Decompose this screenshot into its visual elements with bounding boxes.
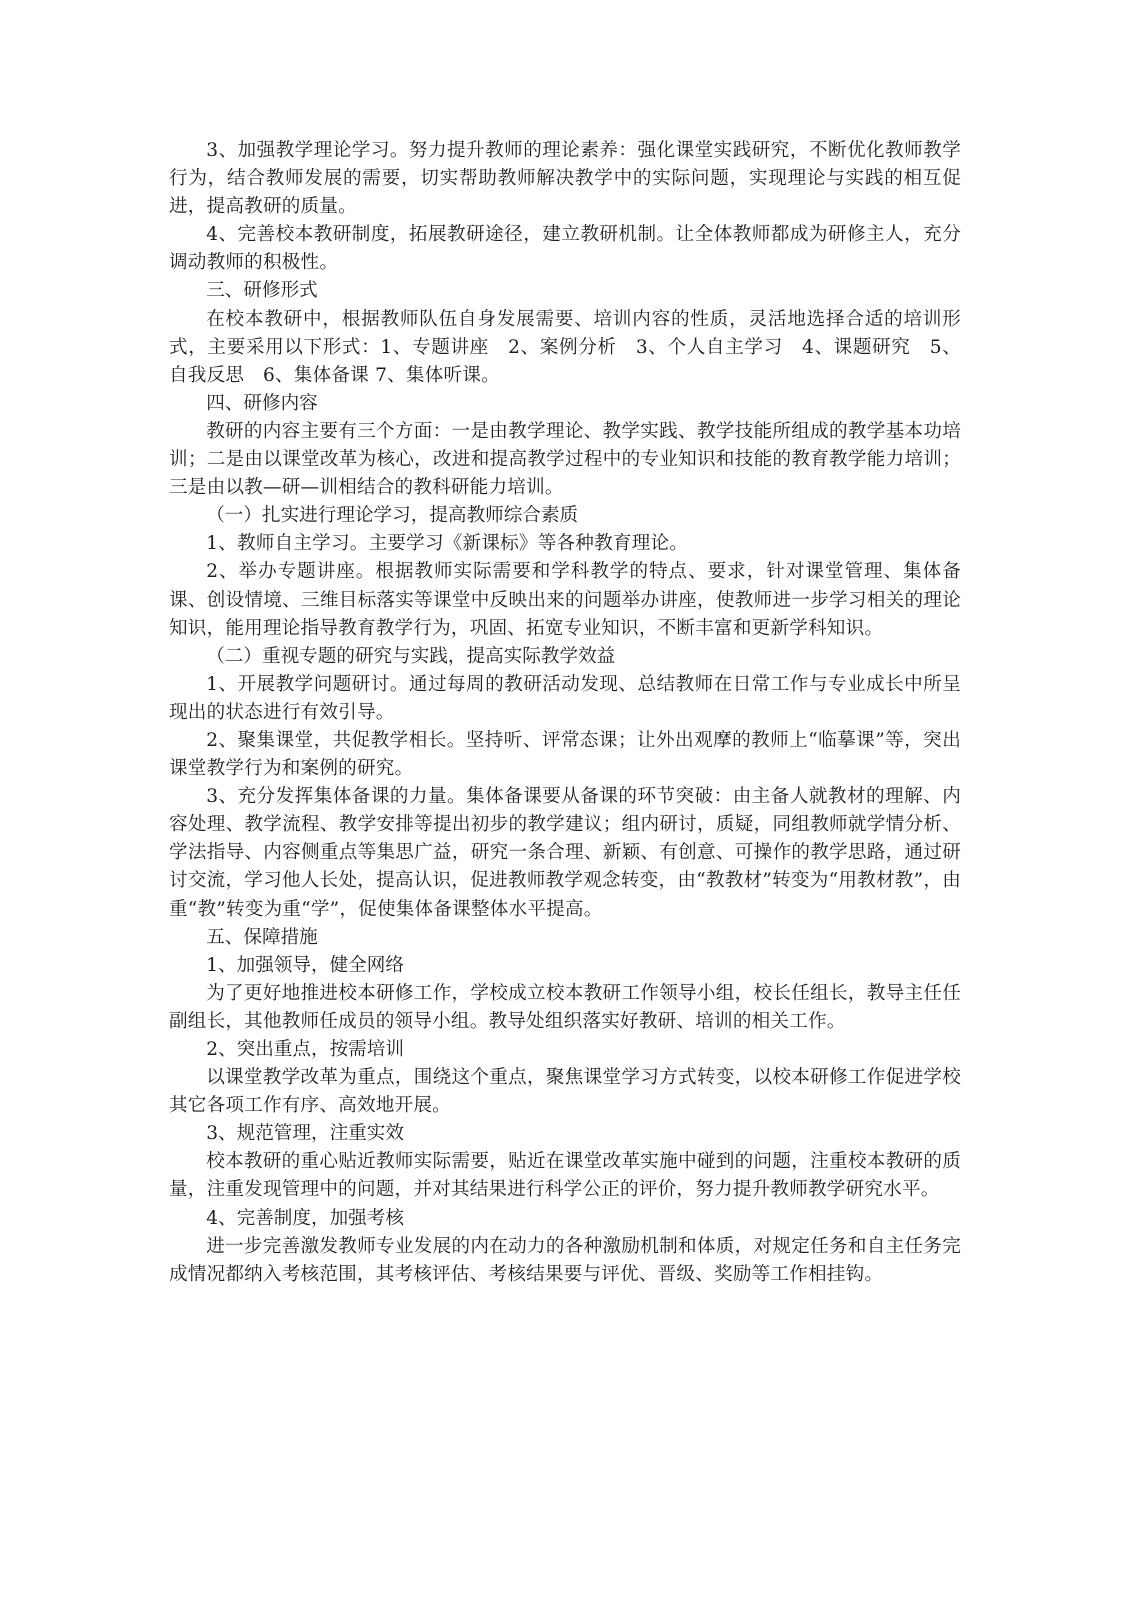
paragraph-collective-lesson-prep: 3、充分发挥集体备课的力量。集体备课要从备课的环节突破：由主备人就教材的理解、内… [169,783,961,923]
subheading-assessment: 4、完善制度，加强考核 [169,1205,961,1233]
paragraph-strengthen-theory-study: 3、加强教学理论学习。努力提升教师的理论素养：强化课堂实践研究，不断优化教师教学… [169,137,961,221]
paragraph-assessment: 进一步完善激发教师专业发展的内在动力的各种激励机制和体质，对规定任务和自主任务完… [169,1233,961,1289]
paragraph-key-training: 以课堂教学改革为重点，围绕这个重点，聚焦课堂学习方式转变，以校本研修工作促进学校… [169,1064,961,1120]
paragraph-research-content: 教研的内容主要有三个方面：一是由教学理论、教学实践、教学技能所组成的教学基本功培… [169,418,961,502]
subheading-leadership: 1、加强领导，健全网络 [169,952,961,980]
section-heading-research-content: 四、研修内容 [169,390,961,418]
paragraph-research-forms: 在校本教研中，根据教师队伍自身发展需要、培训内容的性质，灵活地选择合适的培训形式… [169,306,961,390]
document-page: 3、加强教学理论学习。努力提升教师的理论素养：强化课堂实践研究，不断优化教师教学… [169,137,961,1289]
section-heading-research-forms: 三、研修形式 [169,277,961,305]
subheading-management: 3、规范管理，注重实效 [169,1120,961,1148]
subsection-heading-theory-study: （一）扎实进行理论学习，提高教师综合素质 [169,502,961,530]
subheading-key-training: 2、突出重点，按需培训 [169,1036,961,1064]
paragraph-self-study: 1、教师自主学习。主要学习《新课标》等各种教育理论。 [169,530,961,558]
paragraph-lectures: 2、举办专题讲座。根据教师实际需要和学科教学的特点、要求，针对课堂管理、集体备课… [169,558,961,642]
paragraph-leadership: 为了更好地推进校本研修工作，学校成立校本教研工作领导小组，校长任组长，教导主任任… [169,980,961,1036]
paragraph-problem-discussion: 1、开展教学问题研讨。通过每周的教研活动发现、总结教师在日常工作与专业成长中所呈… [169,671,961,727]
subsection-heading-practice: （二）重视专题的研究与实践，提高实际教学效益 [169,643,961,671]
section-heading-safeguards: 五、保障措施 [169,924,961,952]
paragraph-management: 校本教研的重心贴近教师实际需要，贴近在课堂改革实施中碰到的问题，注重校本教研的质… [169,1148,961,1204]
paragraph-improve-research-system: 4、完善校本教研制度，拓展教研途径，建立教研机制。让全体教师都成为研修主人，充分… [169,221,961,277]
paragraph-classroom-focus: 2、聚集课堂，共促教学相长。坚持听、评常态课；让外出观摩的教师上“临摹课”等，突… [169,727,961,783]
